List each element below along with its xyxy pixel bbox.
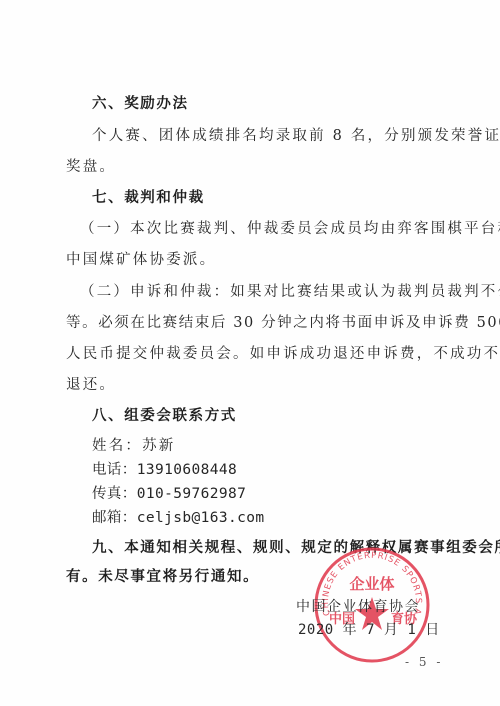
svg-text:企业体: 企业体 xyxy=(349,575,394,593)
paragraph-line: 奖盘。 xyxy=(66,155,116,176)
contact-fax: 传真：010-59762987 xyxy=(92,482,246,503)
document-page: 六、奖励办法 个人赛、团体成绩排名均录取前 8 名，分别颁发荣誉证书和 奖盘。 … xyxy=(0,0,500,706)
paragraph-line: 退还。 xyxy=(66,373,116,394)
section-heading-interpretation: 九、本通知相关规程、规则、规定的解释权属赛事组委会所 xyxy=(92,536,500,557)
section-heading-contact: 八、组委会联系方式 xyxy=(92,404,237,425)
section-heading-referee-arbitration: 七、裁判和仲裁 xyxy=(92,186,205,207)
paragraph-line: 等。必须在比赛结束后 30 分钟之内将书面申诉及申诉费 500 元 xyxy=(66,311,500,332)
contact-email: 邮箱：celjsb@163.com xyxy=(92,506,265,527)
paragraph-line: （二）申诉和仲裁：如果对比赛结果或认为裁判员裁判不公 xyxy=(80,280,500,301)
paragraph-line: 人民币提交仲裁委员会。如申诉成功退还申诉费，不成功不予以 xyxy=(66,342,500,363)
section-heading-interpretation-cont: 有。未尽事宜将另行通知。 xyxy=(66,565,259,586)
paragraph-line: 中国煤矿体协委派。 xyxy=(66,248,216,269)
contact-phone: 电话：13910608448 xyxy=(92,458,237,479)
contact-name: 姓名：苏新 xyxy=(92,434,176,455)
paragraph-line: （一）本次比赛裁判、仲裁委员会成员均由弈客围棋平台和 xyxy=(80,217,500,238)
signature-organization: 中国企业体育协会 xyxy=(296,596,420,616)
signature-date: 2020 年 7 月 1 日 xyxy=(298,619,440,639)
paragraph-line: 个人赛、团体成绩排名均录取前 8 名，分别颁发荣誉证书和 xyxy=(92,124,500,145)
section-heading-awards: 六、奖励办法 xyxy=(92,92,189,113)
